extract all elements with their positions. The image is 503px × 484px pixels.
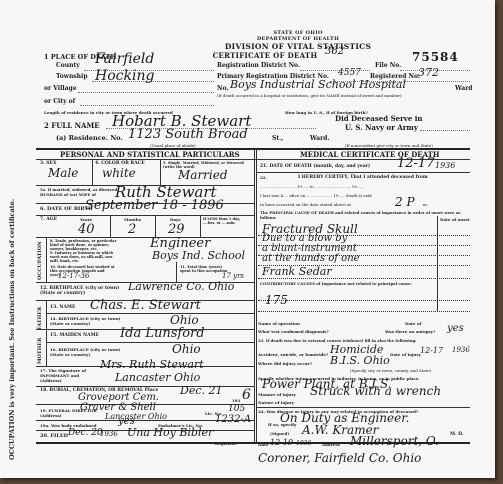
specify-place-note: (Specify city or town, county, and State…: [350, 368, 431, 373]
mother-birthplace-label: 16. BIRTHPLACE (city or town) (State or …: [50, 347, 130, 357]
registration-district-label: Registration District No.: [217, 62, 300, 69]
informant-value: Mrs. Ruth Stewart: [100, 358, 204, 371]
father-name-label: 13. NAME: [50, 305, 75, 310]
street-label: St.,: [272, 135, 283, 142]
manner-value: Struck with a wrench: [310, 384, 441, 398]
age-label: 7. AGE: [40, 217, 57, 222]
marital-value: Married: [178, 168, 228, 182]
mother-birthplace-value: Ohio: [172, 342, 201, 356]
color-value: white: [102, 166, 136, 180]
dob-value: September 18 - 1896: [85, 198, 224, 213]
file-no-label: File No.: [375, 62, 401, 69]
mother-name-value: Ida Lunsford: [120, 326, 205, 341]
accident-label: Accident, suicide, or homicide?: [258, 352, 328, 357]
file-number: 75584: [412, 50, 459, 64]
where-injury-value: B.I.S. Ohio: [330, 354, 390, 367]
total-time-value: 17 yrs: [222, 272, 244, 280]
injury-date-label: Date of injury: [390, 352, 421, 357]
age-days-value: 29: [168, 222, 185, 237]
age-months-value: 2: [128, 222, 136, 237]
date-signed-value: 12-19: [270, 438, 293, 447]
cause-line-4: at the hands of one: [262, 253, 360, 264]
cause-line-5: Frank Sedar: [262, 265, 332, 278]
residence-label: (a) Residence. No.: [56, 134, 123, 142]
certificate-title: CERTIFICATE OF DEATH: [200, 51, 330, 60]
time-suffix: m.: [423, 202, 428, 207]
city-label: or City of: [44, 98, 75, 105]
age-years-value: 40: [78, 222, 95, 237]
occupation-side-label: OCCUPATION: [37, 241, 43, 280]
county-value: Fairfield: [95, 51, 154, 67]
autopsy-label: Was there an autopsy?: [385, 329, 435, 334]
autopsy-value: yes: [447, 323, 464, 334]
signed-label: (Signed): [270, 431, 289, 436]
less-than-day-label: If LESS than 1 day, ....hrs. or ....min.: [203, 217, 251, 225]
served-label-1: Did Deceased Serve in: [335, 114, 422, 123]
manner-label: Manner of injury: [258, 392, 296, 397]
date-of-death-label: 21. DATE OF DEATH (month, day, and year): [260, 164, 370, 169]
village-label: or Village: [44, 85, 77, 92]
hospital-note: (If death occurred in a hospital or inst…: [217, 93, 402, 98]
address-value: Millersport, O.: [350, 434, 439, 448]
father-birthplace-label: 14. BIRTHPLACE (city or town) (State or …: [50, 316, 130, 326]
father-side-label: FATHER: [37, 307, 43, 330]
burial-year-prefix: 193: [232, 398, 240, 403]
division-heading: DIVISION OF VITAL STATISTICS: [200, 42, 396, 51]
death-year-value: 1936: [435, 161, 455, 170]
certify-label: I HEREBY CERTIFY, That I attended deceas…: [298, 175, 428, 180]
street-no-label: No.: [217, 85, 228, 92]
burial-date-value: Dec. 21: [180, 384, 222, 397]
last-saw-label: I last saw h.... alive on...............…: [260, 193, 372, 198]
mother-name-label: 15. MAIDEN NAME: [50, 333, 99, 338]
injury-year-value: 1936: [452, 346, 470, 354]
date-signed-year: 1936: [296, 440, 311, 447]
md-label: M. D.: [450, 432, 463, 437]
where-injury-label: Where did injury occur?: [258, 361, 312, 366]
burial-year-value: 6: [242, 387, 251, 403]
registration-district-value: 362: [325, 46, 344, 57]
if-so-label: If so, specify: [268, 422, 296, 427]
full-name-label: 2 FULL NAME: [44, 121, 100, 130]
county-label: County: [56, 62, 80, 69]
birthplace-label: 12. BIRTHPLACE (city or town) (State or …: [40, 286, 120, 296]
personal-section-title: PERSONAL AND STATISTICAL PARTICULARS: [60, 150, 240, 159]
primary-registration-value: 4557: [338, 68, 361, 78]
filed-label: 20. FILED: [40, 433, 68, 439]
birthplace-value: Lawrence Co. Ohio: [128, 280, 234, 293]
operation-date-label: Date of: [405, 321, 421, 326]
contributory-label: CONTRIBUTORY CAUSES of importance not re…: [260, 281, 440, 286]
father-birthplace-value: Ohio: [170, 313, 199, 327]
last-worked-value: 12-17-36: [58, 272, 89, 280]
filed-year-value: 1936: [100, 430, 118, 438]
sex-value: Male: [48, 166, 78, 180]
diagnosis-test-label: What test confirmed diagnosis?: [258, 329, 329, 334]
date-signed-label: Date: [258, 442, 268, 447]
township-value: Hocking: [95, 68, 154, 84]
industry-value: Boys Ind. School: [152, 249, 245, 262]
filed-date-value: Dec. 20: [68, 428, 103, 438]
occurred-label: to have occurred on the date stated abov…: [260, 202, 351, 207]
served-label-2: U. S. Navy or Army: [345, 123, 418, 132]
certify-number: 22.: [260, 175, 267, 180]
father-name-value: Chas. E. Stewart: [90, 298, 201, 313]
margin-instructions: OCCUPATION is very important. See Instru…: [8, 199, 16, 460]
address-label: Address: [322, 442, 340, 447]
registrar-signature: Una Hoy Bibler: [127, 426, 213, 439]
injury-date-value: 12-17: [420, 346, 443, 355]
coroner-note: Coroner, Fairfield Co. Ohio: [258, 451, 421, 465]
document-page: OCCUPATION is very important. See Instru…: [0, 0, 495, 478]
residence-ward-label: Ward.: [310, 135, 330, 142]
institution-value: Boys Industrial School Hospital: [230, 78, 406, 91]
mother-side-label: MOTHER: [37, 338, 43, 364]
embalmer-lic-value: 1232-A: [215, 414, 251, 425]
lic-no-value: 105: [228, 404, 245, 414]
date-of-death-value: 12-17: [397, 156, 434, 171]
ward-label: Ward: [455, 85, 472, 92]
industry-label: 9. Industry or business in which work wa…: [50, 251, 122, 263]
onset-label: Date of onset: [440, 217, 470, 222]
township-label: Township: [56, 73, 88, 80]
nature-label: Nature of injury: [258, 400, 294, 405]
attended-line: ..........................., 19...., to …: [260, 184, 363, 189]
registered-no-value: 372: [418, 66, 439, 79]
operation-label: Name of operation: [258, 321, 300, 326]
residence-value: 1123 South Broad: [128, 127, 248, 142]
time-of-death-value: 2 P: [395, 195, 415, 209]
trade-label: 8. Trade, profession, or particular kind…: [50, 239, 122, 251]
informant-address-value: Lancaster Ohio: [115, 371, 200, 384]
informant-label: 17. The Signature of INFORMANT and (Addr…: [40, 368, 100, 383]
spouse-label: 5a. If married, widowed, or divorced HUS…: [40, 187, 120, 197]
